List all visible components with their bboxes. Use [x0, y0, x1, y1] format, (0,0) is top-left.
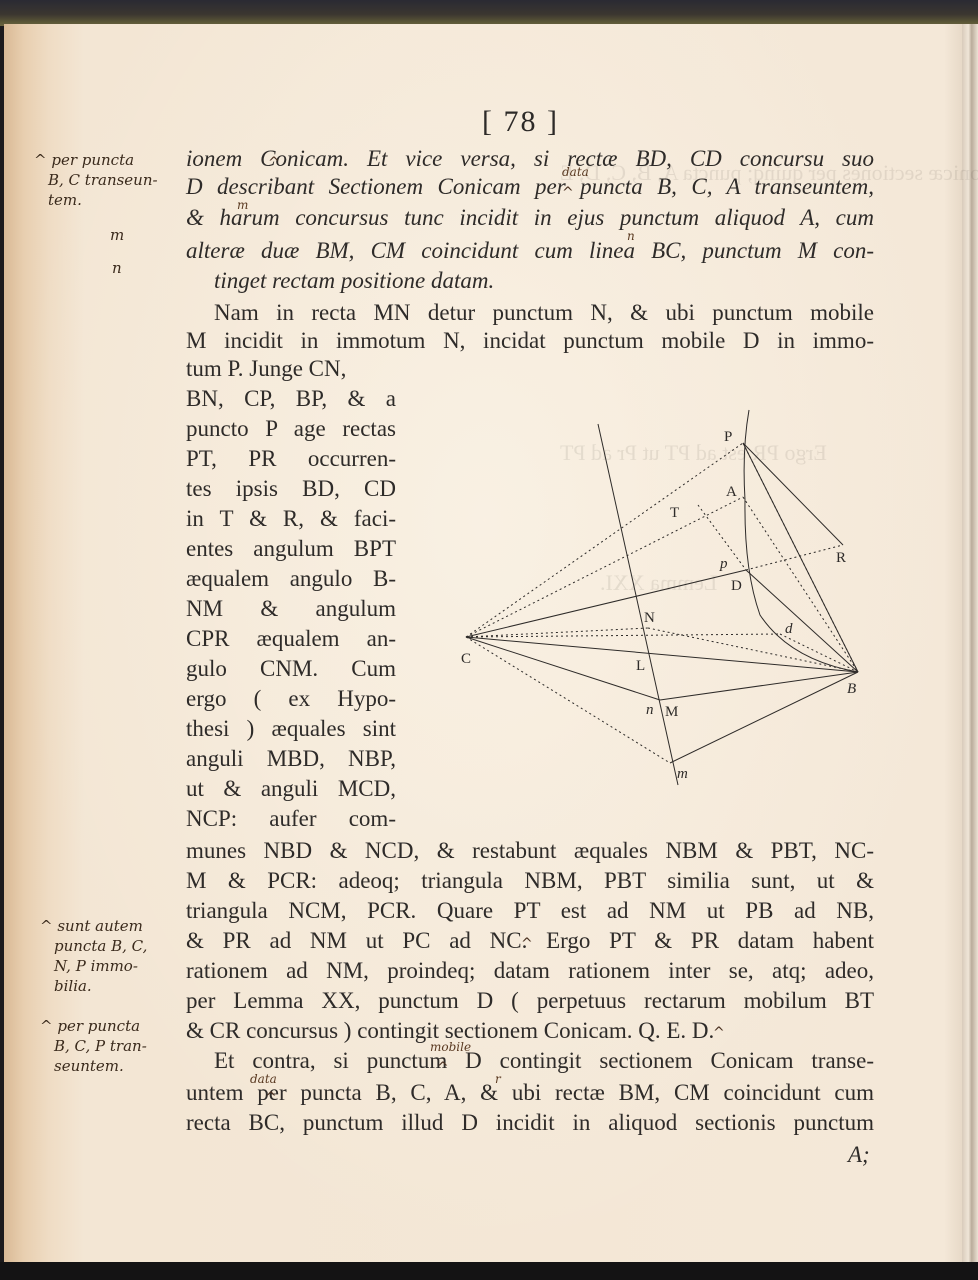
body-line: Nam in recta MN detur punctum N, & ubi p… — [214, 300, 874, 325]
figure-label-B: B — [847, 681, 856, 697]
narrow-line: ergo ( ex Hypo- — [186, 686, 396, 711]
insertion-caret: ^ — [521, 936, 533, 952]
insertion-caret: ^ — [265, 1090, 277, 1106]
catchword: A; — [848, 1142, 870, 1167]
narrow-line: gulo CNM. Cum — [186, 656, 396, 681]
margin-note: ^ per puncta B, C, P tran- seuntem. — [40, 1016, 147, 1076]
body-line: tum P. Junge CN, — [186, 356, 346, 381]
narrow-line: tes ipsis BD, CD — [186, 476, 396, 501]
conic-section-diagram: P A T R p D N d C L B n M m — [460, 400, 880, 800]
figure-label-M: M — [665, 704, 678, 720]
margin-note: ^ sunt autem puncta B, C, N, P immo- bil… — [40, 916, 147, 996]
body-line: rationem ad NM, proindeq; datam rationem… — [186, 958, 874, 983]
interlinear-note: r — [495, 1072, 501, 1086]
body-line: recta BC, punctum illud D incidit in ali… — [186, 1110, 874, 1135]
interlinear-note: mobile — [430, 1040, 471, 1054]
body-line: alteræ duæ BM, CM coincidunt cum linea B… — [186, 238, 874, 263]
narrow-line: BN, CP, BP, & a — [186, 386, 396, 411]
narrow-line: puncto P age rectas — [186, 416, 396, 441]
insertion-caret: ^ — [437, 1060, 449, 1076]
narrow-line: entes angulum BPT — [186, 536, 396, 561]
figure-label-d: d — [785, 621, 793, 637]
body-line: triangula NCM, PCR. Quare PT est ad NM u… — [186, 898, 874, 923]
insertion-caret: ^ — [268, 155, 280, 171]
figure-label-R: R — [836, 550, 846, 566]
narrow-line: anguli MBD, NBP, — [186, 746, 396, 771]
narrow-line: CPR æqualem an- — [186, 626, 396, 651]
body-line: tinget rectam positione datam. — [214, 268, 494, 293]
figure-label-C: C — [461, 651, 471, 667]
figure-label-n: n — [646, 702, 654, 718]
insertion-caret: ^ — [713, 1025, 725, 1041]
narrow-line: æqualem angulo B- — [186, 566, 396, 591]
geometric-figure: P A T R p D N d C L B n M m — [460, 400, 880, 800]
figure-label-N: N — [644, 610, 655, 626]
margin-note: ^ per puncta B, C transeun- tem. — [34, 150, 158, 210]
narrow-line: NCP: aufer com- — [186, 806, 396, 831]
body-line: munes NBD & NCD, & restabunt æquales NBM… — [186, 838, 874, 863]
figure-label-m: m — [677, 766, 688, 782]
figure-label-L: L — [636, 658, 645, 674]
figure-label-D: D — [731, 578, 742, 594]
page-fore-edge — [962, 24, 978, 1264]
body-line: ionem Conicam. Et vice versa, si rectæ B… — [186, 146, 874, 171]
body-line: D describant Sectionem Conicam per punct… — [186, 174, 874, 199]
interlinear-note: n — [627, 229, 635, 243]
margin-note: n — [112, 258, 122, 278]
insertion-caret: ^ — [562, 185, 574, 201]
page-number: [ 78 ] — [482, 105, 559, 139]
book-bottom-edge — [0, 1262, 978, 1280]
narrow-line: NM & angulum — [186, 596, 396, 621]
narrow-line: ut & anguli MCD, — [186, 776, 396, 801]
book-top-edge — [0, 0, 978, 26]
narrow-line: thesi ) æquales sint — [186, 716, 396, 741]
interlinear-note: m — [237, 198, 248, 212]
interlinear-note: data — [562, 165, 589, 179]
figure-label-P: P — [724, 429, 732, 445]
body-line: Et contra, si punctum D contingit sectio… — [214, 1048, 874, 1073]
body-line: per Lemma XX, punctum D ( perpetuus rect… — [186, 988, 874, 1013]
narrow-line: in T & R, & faci- — [186, 506, 396, 531]
body-line: & harum concursus tunc incidit in ejus p… — [186, 205, 874, 230]
figure-label-A: A — [726, 484, 737, 500]
body-line: M & PCR: adeoq; triangula NBM, PBT simil… — [186, 868, 874, 893]
narrow-line: PT, PR occurren- — [186, 446, 396, 471]
margin-note: m — [110, 225, 124, 245]
interlinear-note: data — [250, 1072, 277, 1086]
body-line: M incidit in immotum N, incidat punctum … — [186, 328, 874, 353]
figure-label-T: T — [670, 505, 679, 521]
figure-label-p: p — [719, 556, 728, 572]
body-line: untem per puncta B, C, A, & ubi rectæ BM… — [186, 1080, 874, 1105]
